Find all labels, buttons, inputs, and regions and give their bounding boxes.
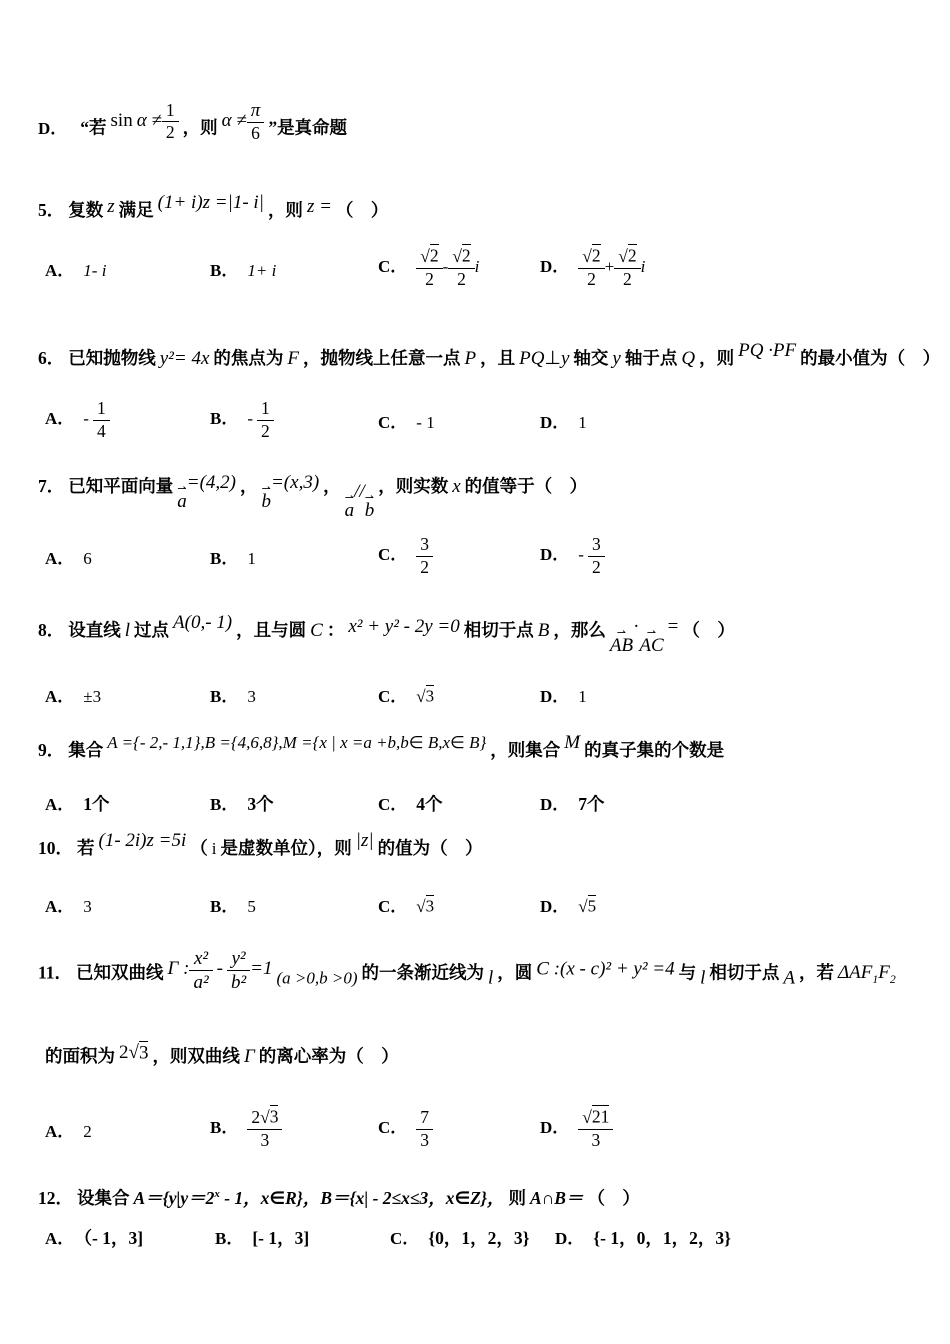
fraction: 22 xyxy=(578,247,604,289)
math-run: x xyxy=(452,476,460,497)
math-run: A xyxy=(783,967,795,988)
text-run: ： xyxy=(327,620,345,640)
option-value: （- 1，3] xyxy=(83,1228,143,1248)
text-run: 则 xyxy=(509,1188,527,1208)
option-c: C．- 1 xyxy=(378,408,540,433)
option-label: D． xyxy=(540,257,569,276)
option-label: C． xyxy=(378,687,407,706)
math-run: α ≠ xyxy=(137,110,162,131)
operator: - xyxy=(247,409,253,428)
text-run: 的焦点为 xyxy=(213,348,283,368)
math-formula: a//b xyxy=(345,484,375,501)
text-run: 满足 xyxy=(119,200,154,220)
option-label: B． xyxy=(210,687,238,706)
vector-ac: AC xyxy=(639,629,663,655)
radicand: 3 xyxy=(270,1105,279,1127)
text-run: （ ） xyxy=(682,620,735,640)
math-run: Γ xyxy=(244,1046,255,1067)
option-c: C．4个 xyxy=(378,790,540,816)
option-value: [- 1，3] xyxy=(252,1228,309,1248)
question-8-options: A．±3 B．3 C．3 D．1 xyxy=(38,666,587,722)
option-value: - 1 xyxy=(416,413,434,432)
text-run: ，则集合 xyxy=(490,740,560,760)
option-d: D．7个 xyxy=(540,790,605,816)
question-11-stem: 11． 已知双曲线 Γ :x²a² - y²b²=1 (a >0,b >0) 的… xyxy=(38,948,896,994)
text-run: 相切于点 xyxy=(709,962,779,982)
option-label: A． xyxy=(45,261,74,280)
option-a: A．（- 1，3] xyxy=(45,1224,215,1250)
text-run: 的一条渐近线为 xyxy=(362,962,485,982)
denominator: 3 xyxy=(578,1130,613,1151)
option-value: 1 xyxy=(578,413,587,432)
fraction: 12 xyxy=(162,101,179,143)
text-run: ，且 xyxy=(480,348,515,368)
option-label: C． xyxy=(378,257,407,276)
option-value: 1个 xyxy=(83,794,109,814)
radicand: 2 xyxy=(628,244,637,266)
option-label: C． xyxy=(378,545,407,564)
math-run: a xyxy=(345,501,355,520)
subscript: 2 xyxy=(890,973,896,986)
numerator: 7 xyxy=(416,1108,433,1130)
option-a: A．±3 xyxy=(45,682,210,707)
square-root: 3 xyxy=(416,895,434,916)
numerator: 3 xyxy=(588,535,605,557)
numerator: y² xyxy=(227,948,250,971)
math-formula: C :(x - c)² + y² =4 xyxy=(536,958,674,979)
coefficient: 2 xyxy=(119,1042,129,1063)
math-run: F xyxy=(287,348,299,369)
option-d: D．22+22i xyxy=(540,247,645,289)
option-value: 6 xyxy=(83,549,92,568)
text-run: 的面积为 xyxy=(45,1046,115,1066)
math-formula: x² + y² - 2y =0 xyxy=(348,616,459,637)
numerator: 3 xyxy=(416,535,433,557)
option-label: A． xyxy=(45,409,74,428)
text-run: 已知抛物线 xyxy=(68,348,156,368)
option-a: A．1个 xyxy=(45,790,210,816)
fraction: 22 xyxy=(614,247,640,289)
option-value: 3 xyxy=(83,897,92,916)
math-formula: sin α ≠12 xyxy=(111,113,179,130)
option-b: B．1+ i xyxy=(210,256,378,281)
denominator: 2 xyxy=(416,269,442,290)
option-label: D． xyxy=(540,897,569,916)
question-number: 9． xyxy=(38,740,64,760)
text-run: 的最小值为（ ） xyxy=(800,348,940,368)
text-run: ，且与圆 xyxy=(236,620,306,640)
option-a: A．2 xyxy=(45,1117,210,1142)
math-run: b xyxy=(365,501,375,520)
text-run: 轴于点 xyxy=(625,348,678,368)
math-run: Q xyxy=(681,348,695,369)
math-run: M xyxy=(564,732,580,753)
sin-function: sin xyxy=(111,110,133,131)
fraction: y²b² xyxy=(227,948,250,994)
option-label: D． xyxy=(540,413,569,432)
denominator: 2 xyxy=(578,269,604,290)
fraction: 233 xyxy=(247,1108,282,1150)
math-run: l xyxy=(488,967,493,988)
numerator: 2 xyxy=(416,247,442,269)
math-formula: y²= 4x xyxy=(160,348,210,369)
option-label: C． xyxy=(378,1118,407,1137)
option-label: A． xyxy=(45,897,74,916)
text-run: ，则 xyxy=(268,200,303,220)
radicand: 3 xyxy=(139,1041,149,1064)
text-run: 的真子集的个数是 xyxy=(584,740,724,760)
option-label: C． xyxy=(378,795,407,814)
denominator: 2 xyxy=(448,269,474,290)
exam-page: { "page": { "background": "#ffffff", "te… xyxy=(0,0,950,1344)
option-value: 2 xyxy=(83,1122,92,1141)
text-run: ”是真命题 xyxy=(268,118,347,138)
math-run: b xyxy=(261,492,271,511)
text-run: 过点 xyxy=(134,620,169,640)
question-number: 8． xyxy=(38,620,64,640)
fraction: 22 xyxy=(416,247,442,289)
square-root: 3 xyxy=(260,1105,278,1127)
square-root: 2 xyxy=(452,244,470,266)
text-run: ，那么 xyxy=(553,620,606,640)
option-c: C．{0，1，2，3} xyxy=(390,1224,555,1250)
option-c: C．3 xyxy=(378,892,540,917)
option-label: B． xyxy=(210,795,238,814)
text-run: ， xyxy=(240,476,258,496)
question-10-options: A．3 B．5 C．3 D．5 xyxy=(38,876,596,932)
fraction: 12 xyxy=(257,399,274,441)
question-6-options: A．- 14 B．- 12 C．- 1 D．1 xyxy=(38,392,587,448)
option-c: C．3 xyxy=(378,682,540,707)
text-run: 设直线 xyxy=(68,620,121,640)
denominator: 3 xyxy=(416,1130,433,1151)
numerator: 1 xyxy=(93,399,110,421)
math-run: z xyxy=(107,196,114,217)
option-label: A． xyxy=(45,795,74,814)
operator: - xyxy=(83,409,89,428)
option-value: {0，1，2，3} xyxy=(428,1228,529,1248)
option-value: 7个 xyxy=(578,794,604,814)
text-run: 已知双曲线 xyxy=(76,962,164,982)
option-label: A． xyxy=(45,1122,74,1141)
denominator: 2 xyxy=(257,421,274,442)
option-value: ±3 xyxy=(83,687,101,706)
denominator: 4 xyxy=(93,421,110,442)
parallel-symbol: // xyxy=(354,481,365,502)
math-run: Γ : xyxy=(168,958,190,979)
text-run: 是虚数单位），则 xyxy=(221,838,352,858)
option-value: 1 xyxy=(247,549,256,568)
option-value: 4个 xyxy=(416,794,442,814)
option-label: D． xyxy=(540,795,569,814)
text-run: ，则 xyxy=(183,118,218,138)
text-run: ，则实数 xyxy=(378,476,448,496)
denominator: 2 xyxy=(416,557,433,578)
numerator: x² xyxy=(189,948,212,971)
math-run: =1 xyxy=(250,958,272,979)
math-run: i xyxy=(641,257,646,276)
text-run: ，抛物线上任意一点 xyxy=(303,348,461,368)
math-formula: (1- 2i)z =5i xyxy=(99,830,187,851)
math-run: =(4,2) xyxy=(187,472,236,493)
square-root: 3 xyxy=(129,1041,149,1064)
text-run: 的值等于（ ） xyxy=(465,476,588,496)
option-b: B．[- 1，3] xyxy=(215,1224,390,1250)
option-value: 1+ i xyxy=(247,261,276,280)
math-run: ΔAF xyxy=(838,962,872,983)
vector-a: a xyxy=(345,494,355,520)
numerator: 1 xyxy=(162,101,179,123)
math-formula: α ≠π6 xyxy=(222,113,265,130)
fraction: 32 xyxy=(416,535,433,577)
option-a: A．3 xyxy=(45,892,210,917)
math-run: PQ⊥y xyxy=(519,348,569,369)
option-value: 5 xyxy=(247,897,256,916)
question-number: 6． xyxy=(38,348,64,368)
option-d: D．{- 1，0，1，2，3} xyxy=(555,1224,731,1250)
option-label: C． xyxy=(378,897,407,916)
text-run: ，则双曲线 xyxy=(152,1046,240,1066)
math-run: l xyxy=(125,620,130,641)
option-label: D． xyxy=(540,687,569,706)
vector-ab: AB xyxy=(610,629,633,655)
option-label: D． xyxy=(555,1229,584,1248)
question-11-stem-line2: 的面积为 23 ，则双曲线 Γ 的离心率为（ ） xyxy=(45,1042,399,1068)
math-formula: A(0,- 1) xyxy=(173,612,232,633)
square-root: 2 xyxy=(420,244,438,266)
math-formula: (1+ i)z =|1- i| xyxy=(158,192,264,213)
radicand: 5 xyxy=(588,895,597,916)
fraction: x²a² xyxy=(189,948,212,994)
option-a: A．1- i xyxy=(45,256,210,281)
option-label: D． xyxy=(540,1118,569,1137)
option-label: B． xyxy=(215,1229,243,1248)
numerator: 2 xyxy=(614,247,640,269)
option-d: D．- 32 xyxy=(540,535,605,577)
numerator: 2 xyxy=(578,247,604,269)
text-run: （ ） xyxy=(587,1188,640,1208)
math-run: - 1，x∈R}，B＝{x| - 2≤x≤3，x∈Z}， xyxy=(220,1188,505,1208)
option-label: C． xyxy=(390,1229,419,1248)
option-d: D．213 xyxy=(540,1108,613,1150)
denominator: 2 xyxy=(614,269,640,290)
math-run: i xyxy=(212,839,217,858)
math-formula: b=(x,3) xyxy=(261,475,319,492)
option-d: D．1 xyxy=(540,408,587,433)
fraction: 73 xyxy=(416,1108,433,1150)
radicand: 2 xyxy=(462,244,471,266)
text-run: ， xyxy=(323,476,341,496)
question-4-option-d: D． “若 sin α ≠12 ，则 α ≠π6 ”是真命题 xyxy=(38,100,347,144)
operator: - xyxy=(217,958,223,979)
option-a: A．6 xyxy=(45,544,210,569)
option-c: C．73 xyxy=(378,1108,540,1150)
math-formula: AB·AC = xyxy=(610,619,679,636)
question-5-stem: 5． 复数 z 满足 (1+ i)z =|1- i| ，则 z = （ ） xyxy=(38,192,388,222)
option-value: 3 xyxy=(247,687,256,706)
question-7-stem: 7． 已知平面向量 a=(4,2) ， b=(x,3) ， a//b ，则实数 … xyxy=(38,472,587,520)
option-d: D．1 xyxy=(540,682,587,707)
math-formula: Γ :x²a² - y²b²=1 xyxy=(168,961,273,978)
option-label: A． xyxy=(45,1229,74,1248)
option-b: B．- 12 xyxy=(210,399,378,441)
math-formula: ΔAF1F2 xyxy=(838,962,896,983)
text-run: 已知平面向量 xyxy=(68,476,173,496)
math-run: B xyxy=(538,620,550,641)
math-run: AB xyxy=(610,636,633,655)
denominator: 3 xyxy=(247,1130,282,1151)
question-number: 11． xyxy=(38,962,72,982)
option-a: A．- 14 xyxy=(45,399,210,441)
math-run: A∩B＝ xyxy=(530,1188,583,1208)
question-number: 7． xyxy=(38,476,64,496)
square-root: 2 xyxy=(618,244,636,266)
text-run: （ ） xyxy=(336,200,389,220)
math-formula: A ={- 2,- 1,1},B ={4,6,8},M ={x | x =a +… xyxy=(107,733,486,752)
question-9-options: A．1个 B．3个 C．4个 D．7个 xyxy=(38,786,605,820)
question-number: 10． xyxy=(38,838,73,858)
math-run: l xyxy=(700,967,705,988)
option-value: 1- i xyxy=(83,261,106,280)
text-run: 复数 xyxy=(68,200,103,220)
option-label: C． xyxy=(378,413,407,432)
text-run: ，圆 xyxy=(497,962,532,982)
denominator: 6 xyxy=(247,123,265,144)
question-8-stem: 8． 设直线 l 过点 A(0,- 1) ，且与圆 C ： x² + y² - … xyxy=(38,612,735,655)
square-root: 5 xyxy=(578,895,596,916)
denominator: a² xyxy=(189,971,212,993)
text-run: （ xyxy=(190,838,208,858)
question-11-options: A．2 B．233 C．73 D．213 xyxy=(38,1098,613,1160)
denominator: 2 xyxy=(162,122,179,143)
option-label: D． xyxy=(540,545,569,564)
math-run: α ≠ xyxy=(222,110,247,131)
math-run: a xyxy=(177,492,187,511)
radicand: 2 xyxy=(430,244,439,266)
operator: - xyxy=(578,545,584,564)
option-value: 3个 xyxy=(247,794,273,814)
text-run: 与 xyxy=(679,962,697,982)
math-run: A＝{y|y＝2 xyxy=(134,1188,215,1208)
question-number: 12． xyxy=(38,1188,73,1208)
square-root: 3 xyxy=(416,685,434,706)
option-label: A． xyxy=(45,687,74,706)
math-formula: |z| xyxy=(356,830,374,851)
coefficient: 2 xyxy=(251,1107,260,1127)
option-label: D． xyxy=(38,119,67,138)
option-c: C．32 xyxy=(378,535,540,577)
math-run: (a >0,b >0) xyxy=(277,968,358,987)
math-run: y xyxy=(612,348,620,369)
text-run: 轴交 xyxy=(573,348,608,368)
equals-sign: = xyxy=(668,616,679,637)
math-run: i xyxy=(475,257,480,276)
math-run: z = xyxy=(307,196,332,217)
fraction: 213 xyxy=(578,1108,613,1150)
option-label: B． xyxy=(210,261,238,280)
option-value: 1 xyxy=(578,687,587,706)
numerator: 2 xyxy=(448,247,474,269)
text-run: 的离心率为（ ） xyxy=(259,1046,399,1066)
text-run: 集合 xyxy=(68,740,103,760)
option-c: C．22-22i xyxy=(378,247,540,289)
text-run: ，则 xyxy=(699,348,734,368)
text-run: ，若 xyxy=(799,962,834,982)
question-6-stem: 6． 已知抛物线 y²= 4x 的焦点为 F ，抛物线上任意一点 P ，且 PQ… xyxy=(38,340,940,370)
text-run: 设集合 xyxy=(77,1188,130,1208)
option-d: D．5 xyxy=(540,892,596,917)
question-7-options: A．6 B．1 C．32 D．- 32 xyxy=(38,528,605,584)
math-formula: A＝{y|y＝2x - 1，x∈R}，B＝{x| - 2≤x≤3，x∈Z}， xyxy=(134,1188,505,1208)
fraction: 22 xyxy=(448,247,474,289)
option-label: A． xyxy=(45,549,74,568)
square-root: 2 xyxy=(582,244,600,266)
question-10-stem: 10． 若 (1- 2i)z =5i （ i 是虚数单位），则 |z| 的值为（… xyxy=(38,830,483,860)
denominator: b² xyxy=(227,971,250,993)
question-12-stem: 12． 设集合 A＝{y|y＝2x - 1，x∈R}，B＝{x| - 2≤x≤3… xyxy=(38,1185,640,1210)
numerator: 1 xyxy=(257,399,274,421)
option-b: B．3 xyxy=(210,682,378,707)
vector-a: a xyxy=(177,485,187,511)
option-b: B．3个 xyxy=(210,790,378,816)
denominator: 2 xyxy=(588,557,605,578)
radicand: 21 xyxy=(592,1105,610,1127)
operator: + xyxy=(605,257,615,276)
vector-b: b xyxy=(365,494,375,520)
option-b: B．233 xyxy=(210,1108,378,1150)
option-label: B． xyxy=(210,897,238,916)
option-label: B． xyxy=(210,409,238,428)
text-run: 的值为（ ） xyxy=(378,838,483,858)
question-number: 5． xyxy=(38,200,64,220)
math-run: =(x,3) xyxy=(271,472,319,493)
option-value: {- 1，0，1，2，3} xyxy=(593,1228,731,1248)
fraction: 32 xyxy=(588,535,605,577)
numerator: 21 xyxy=(578,1108,613,1130)
option-label: B． xyxy=(210,1118,238,1137)
question-12-options: A．（- 1，3] B．[- 1，3] C．{0，1，2，3} D．{- 1，0… xyxy=(38,1220,731,1254)
numerator: 23 xyxy=(247,1108,282,1130)
option-b: B．1 xyxy=(210,544,378,569)
radicand: 3 xyxy=(426,895,435,916)
vector-b: b xyxy=(261,485,271,511)
math-formula: a=(4,2) xyxy=(177,475,236,492)
text-run: 若 xyxy=(77,838,95,858)
option-b: B．5 xyxy=(210,892,378,917)
text-run: 相切于点 xyxy=(464,620,534,640)
math-run: F xyxy=(878,962,890,983)
radicand: 3 xyxy=(426,685,435,706)
math-formula: 23 xyxy=(119,1045,148,1062)
text-run: “若 xyxy=(80,118,106,138)
radicand: 2 xyxy=(592,244,601,266)
square-root: 21 xyxy=(582,1105,609,1127)
math-run: AC xyxy=(639,636,663,655)
question-9-stem: 9． 集合 A ={- 2,- 1,1},B ={4,6,8},M ={x | … xyxy=(38,732,724,762)
numerator: π xyxy=(247,100,265,123)
fraction: 14 xyxy=(93,399,110,441)
math-formula: PQ ·PF xyxy=(738,340,796,361)
math-run: C xyxy=(310,620,323,641)
fraction: π6 xyxy=(247,100,265,144)
question-5-options: A．1- i B．1+ i C．22-22i D．22+22i xyxy=(38,240,645,296)
math-run: P xyxy=(465,348,477,369)
option-label: B． xyxy=(210,549,238,568)
